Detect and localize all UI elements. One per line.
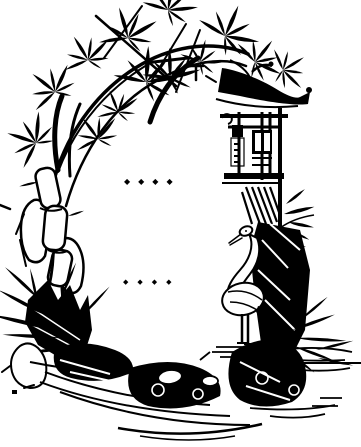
center-dots-row-2: ◆◆◆◆ (123, 279, 181, 286)
frame-illustration (0, 0, 361, 447)
ornamental-frame-page: ◆◆◆◆ ◆◆◆◆ (0, 0, 361, 447)
center-dots-row-1: ◆◆◆◆ (124, 178, 181, 186)
bottom-ground-water-illustration (2, 340, 361, 440)
